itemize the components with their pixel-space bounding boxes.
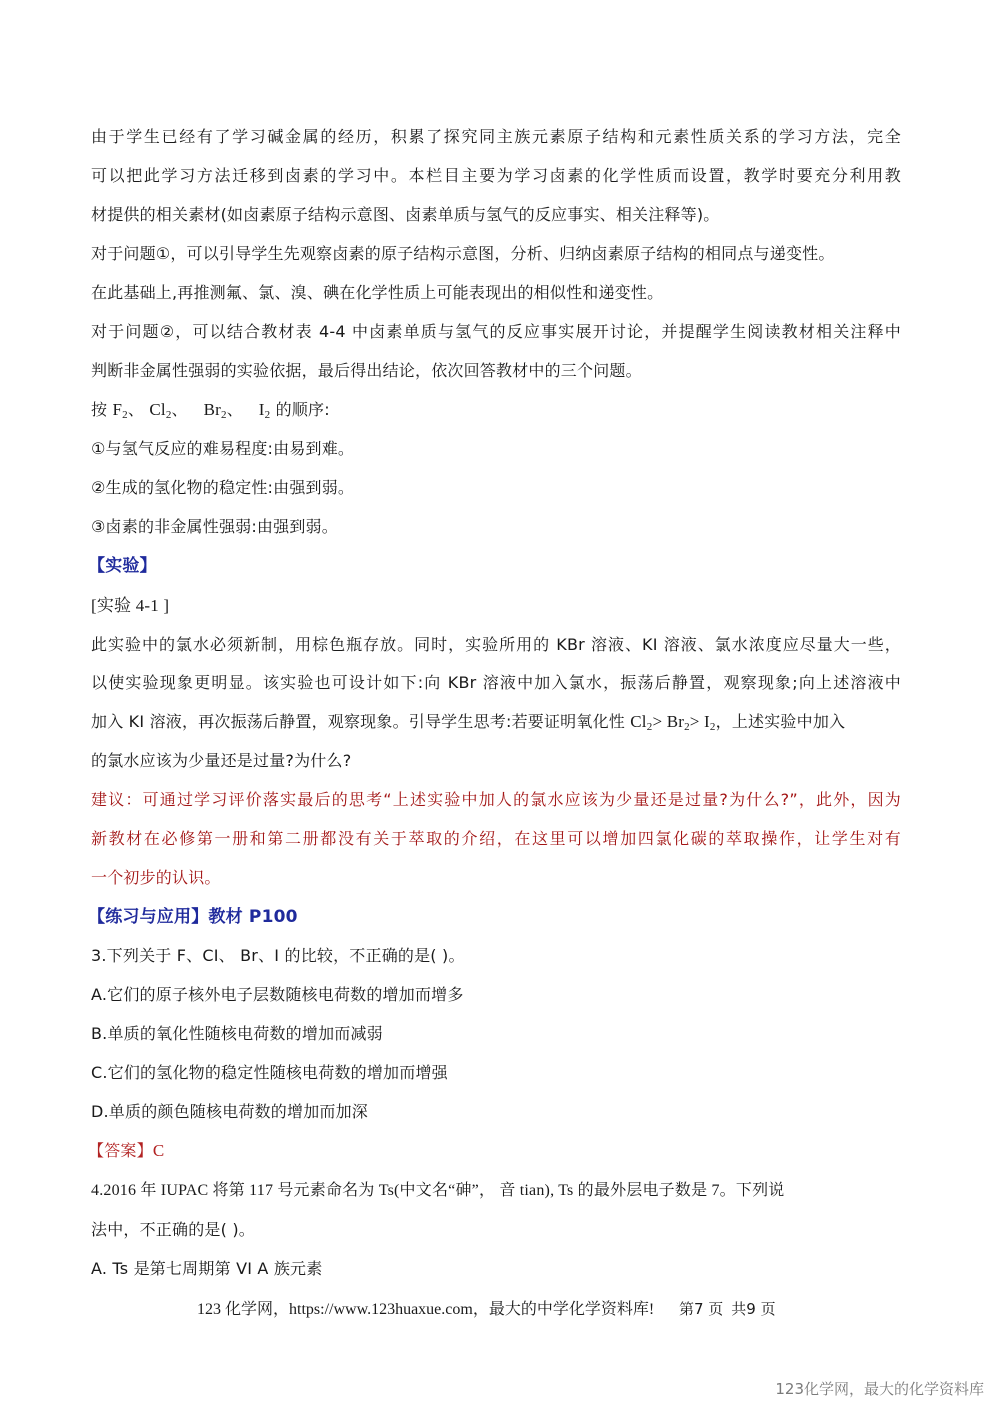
watermark: 123化学网，最大的化学资料库 (775, 1378, 984, 1399)
intro-p3-line-2: 判断非金属性强弱的实验依据，最后得出结论，依次回答教材中的三个问题。 (91, 360, 642, 382)
order-item-3: ③卤素的非金属性强弱:由强到弱。 (91, 516, 338, 538)
document-page: 由于学生已经有了学习碱金属的经历，积累了探究同主族元素原子结构和元素性质关系的学… (0, 0, 992, 1403)
experiment-label: [实验 4-1 ] (91, 595, 169, 617)
page-current: 第7 页 (679, 1300, 723, 1318)
suggestion-line-3: 一个初步的认识。 (91, 867, 221, 889)
question-3-option-b: B.单质的氧化性随核电荷数的增加而减弱 (91, 1023, 383, 1045)
order-item-1: ①与氢气反应的难易程度:由易到难。 (91, 438, 354, 460)
question-3-option-c: C.它们的氢化物的稳定性随核电荷数的增加而增强 (91, 1062, 448, 1084)
experiment-line-1: 此实验中的氯水必须新制，用棕色瓶存放。同时，实验所用的 KBr 溶液、KI 溶液… (91, 634, 901, 656)
halogen-order-line: 按 F2、 Cl2、 Br2、 I2 的顺序: (91, 399, 330, 421)
intro-p3-line-1: 对于问题②，可以结合教材表 4-4 中卤素单质与氢气的反应事实展开讨论，并提醒学… (91, 321, 901, 343)
answer-value: C (153, 1141, 165, 1160)
practice-heading: 【练习与应用】教材 P100 (88, 906, 298, 928)
intro-p2-line-1: 对于问题①，可以引导学生先观察卤素的原子结构示意图，分析、归纳卤素原子结构的相同… (91, 243, 835, 265)
intro-p1-line-1: 由于学生已经有了学习碱金属的经历，积累了探究同主族元素原子结构和元素性质关系的学… (91, 126, 901, 148)
intro-p1-line-3: 材提供的相关素材(如卤素原子结构示意图、卤素单质与氢气的反应事实、相关注释等)。 (91, 204, 720, 226)
question-4-stem-line-1: 4.2016 年 IUPAC 将第 117 号元素命名为 Ts(中文名“砷”， … (91, 1180, 784, 1202)
intro-p2-line-2: 在此基础上,再推测氟、氯、溴、碘在化学性质上可能表现出的相似性和递变性。 (91, 282, 663, 304)
formula-cl2: Cl2> Br2> I2 (630, 712, 715, 731)
experiment-line-2: 以使实验现象更明显。该实验也可设计如下:向 KBr 溶液中加入氯水，振荡后静置，… (91, 672, 901, 694)
question-3-option-d: D.单质的颜色随核电荷数的增加而加深 (91, 1101, 368, 1123)
formula-cl2: Cl2 (149, 400, 171, 419)
question-4-stem-line-2: 法中，不正确的是( )。 (91, 1219, 255, 1241)
suggestion-line-1: 建议：可通过学习评价落实最后的思考“上述实验中加人的氯水应该为少量还是过量?为什… (91, 789, 901, 811)
answer-label: 【答案】 (88, 1141, 153, 1160)
page-footer: 123 化学网，https://www.123huaxue.com，最大的中学化… (197, 1299, 784, 1320)
experiment-line-3: 加入 KI 溶液，再次振荡后静置，观察现象。引导学生思考:若要证明氧化性 Cl2… (91, 711, 845, 733)
question-3-option-a: A.它们的原子核外电子层数随核电荷数的增加而增多 (91, 984, 464, 1006)
experiment-line-4: 的氯水应该为少量还是过量?为什么? (91, 750, 351, 772)
suggestion-line-2: 新教材在必修第一册和第二册都没有关于萃取的介绍，在这里可以增加四氯化碳的萃取操作… (91, 828, 901, 850)
page-total: 共9 页 (731, 1300, 775, 1318)
question-3-stem: 3.下列关于 F、CI、 Br、I 的比较，不正确的是( )。 (91, 945, 465, 967)
footer-site-text: 123 化学网，https://www.123huaxue.com，最大的中学化… (197, 1301, 654, 1318)
formula-br2: Br2 (204, 400, 227, 419)
question-4-option-a: A. Ts 是第七周期第 VI A 族元素 (91, 1258, 322, 1280)
question-3-answer: 【答案】C (88, 1140, 164, 1162)
page-number: 第7 页共9 页 (679, 1300, 784, 1318)
formula-f2: F2 (113, 400, 128, 419)
experiment-heading: 【实验】 (88, 555, 157, 577)
intro-p1-line-2: 可以把此学习方法迁移到卤素的学习中。本栏目主要为学习卤素的化学性质而设置，教学时… (91, 165, 901, 187)
order-item-2: ②生成的氢化物的稳定性:由强到弱。 (91, 477, 354, 499)
formula-i2: I2 (259, 400, 271, 419)
